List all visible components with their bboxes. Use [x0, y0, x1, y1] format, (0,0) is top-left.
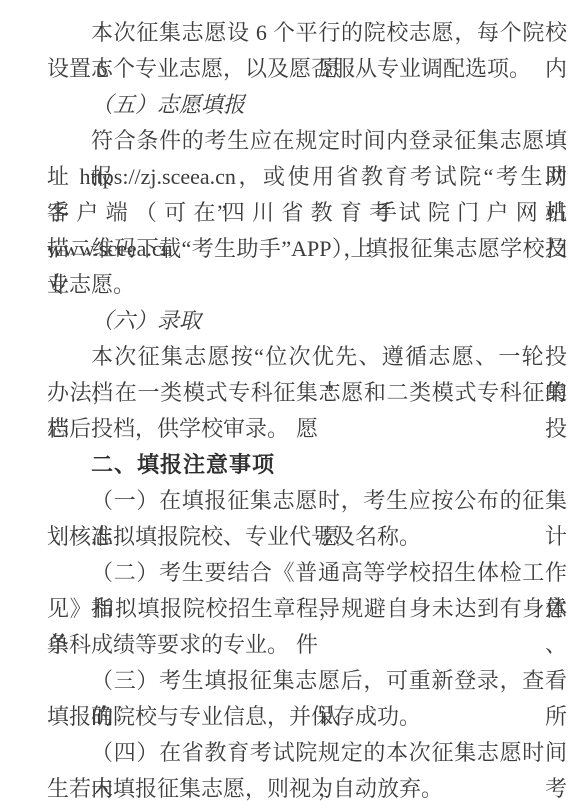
- text-line: 设置 6 个专业志愿，以及愿否服从专业调配选项。: [47, 51, 567, 87]
- text-line: （一）在填报征集志愿时，考生应按公布的征集志愿计: [47, 483, 567, 519]
- heading-line: （六）录取: [47, 303, 567, 339]
- text-line: 描二维码下载“考生助手”APP），填报征集志愿学校及专: [47, 231, 567, 267]
- text-line: 客户端（可在四川省教育考试院门户网站 www.sceea.cn 上扫: [47, 195, 567, 231]
- text-line: （二）考生要结合《普通高等学校招生体检工作指导意: [47, 555, 567, 591]
- text-line: 符合条件的考生应在规定时间内登录征集志愿填报网: [47, 123, 567, 159]
- text-line: 本次征集志愿按“位次优先、遵循志愿、一轮投档”的: [47, 339, 567, 375]
- document-page: 本次征集志愿设 6 个平行的院校志愿，每个院校志愿内设置 6 个专业志愿，以及愿…: [0, 0, 577, 812]
- heading-line: 二、填报注意事项: [47, 447, 567, 483]
- text-line: （三）考生填报征集志愿后，可重新登录，查看确认所: [47, 663, 567, 699]
- text-line: 本次征集志愿设 6 个平行的院校志愿，每个院校志愿内: [47, 15, 567, 51]
- text-line: （四）在省教育考试院规定的本次征集志愿时间内，考: [47, 735, 567, 771]
- text-line: 址 https://zj.sceea.cn，或使用省教育考试院“考生助手”手机: [47, 159, 567, 195]
- text-line: 见》和拟填报院校招生章程，规避自身未达到有身体条件、: [47, 591, 567, 627]
- text-line: 办法，在一类模式专科征集志愿和二类模式专科征集志愿投: [47, 375, 567, 411]
- text-line: 业志愿。: [47, 267, 567, 303]
- heading-line: （五）志愿填报: [47, 87, 567, 123]
- document-content: 本次征集志愿设 6 个平行的院校志愿，每个院校志愿内设置 6 个专业志愿，以及愿…: [47, 15, 567, 807]
